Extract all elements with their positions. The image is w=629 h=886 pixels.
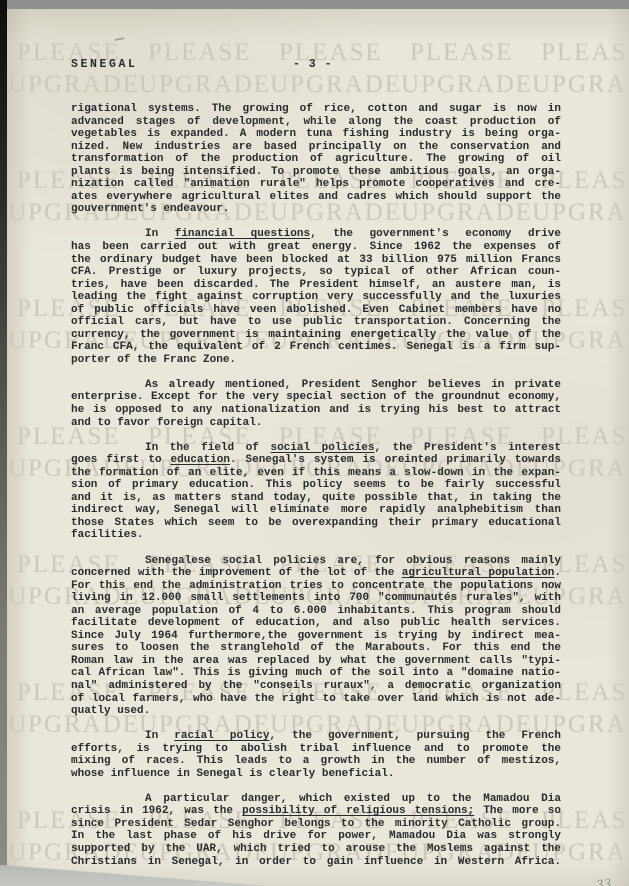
text-line: A particular danger, which existed up to…	[71, 793, 561, 806]
page-number: - 3 -	[293, 58, 333, 71]
underlined-phrase: agricultural population	[402, 567, 555, 579]
text-line: vegetables is expanded. A modern tuna fi…	[71, 128, 561, 141]
watermark-text: UPGRADE	[401, 72, 533, 97]
text-line: currency, the government is maintaining …	[71, 329, 561, 342]
text-line: whose influence in Senegal is clearly be…	[71, 768, 561, 781]
text-line: the ordinary budget have been blocked at…	[71, 254, 561, 267]
text-line: since President Sedar Senghor belongs to…	[71, 818, 561, 831]
text-line: gouvernment's endeavour.	[71, 203, 561, 216]
text-line: rigational systems. The growing of rice,…	[71, 103, 561, 116]
paragraph: Senegalese social policies are, for obvi…	[71, 555, 561, 718]
text-line: crisis in 1962, was the possibility of r…	[71, 805, 561, 818]
text-line: quatly used.	[71, 705, 561, 718]
watermark-text: UPGRADE	[8, 72, 140, 97]
handwritten-note: 33.	[595, 876, 615, 886]
text-line: he is opposed to any nationalization and…	[71, 404, 561, 417]
text-line: ates everywhere agricultural elites and …	[71, 191, 561, 204]
text-line: Roman law in the area was replaced by wh…	[71, 655, 561, 668]
text-line: the formation of an elite, even if this …	[71, 467, 561, 480]
text-line: nization called "animation rurale" helps…	[71, 178, 561, 191]
text-line: living in 12.000 small settlements into …	[71, 592, 561, 605]
text-line: enterprise. Except for the very special …	[71, 391, 561, 404]
text-line: Christians in Senegal, in order to gain …	[71, 856, 561, 869]
scan-edge-left	[0, 0, 7, 886]
text-line: In the field of social policies, the Pre…	[71, 442, 561, 455]
text-line: those States which seem to be overexpand…	[71, 517, 561, 530]
text-line: As already mentioned, President Senghor …	[71, 379, 561, 392]
watermark-text: PLEASE	[410, 40, 514, 65]
document-page: PLEASEUPGRADEPLEASEUPGRADEPLEASEUPGRADEP…	[5, 9, 629, 886]
text-line: facilitate development of education, and…	[71, 617, 561, 630]
underlined-phrase: possibility of religious tensions;	[242, 805, 474, 817]
text-line: tries, have been discarded. The Presiden…	[71, 279, 561, 292]
document-body: rigational systems. The growing of rice,…	[71, 103, 561, 881]
text-line: Since July 1964 furthermore,the governme…	[71, 630, 561, 643]
text-line: cal African law". This is giving much of…	[71, 667, 561, 680]
text-line: and to favor foreign capital.	[71, 417, 561, 430]
text-line: supported by the UAR, which tried to aro…	[71, 843, 561, 856]
text-line: has been carried out with great energy. …	[71, 241, 561, 254]
pencil-stray-mark	[115, 37, 126, 44]
text-line: transformation of the production of agri…	[71, 153, 561, 166]
paragraph: rigational systems. The growing of rice,…	[71, 103, 561, 216]
watermark-text: PLEASE	[541, 40, 629, 65]
underlined-phrase: racial policy	[174, 730, 269, 742]
page-title: SENEGAL	[71, 58, 138, 71]
underlined-phrase: social policies	[270, 442, 374, 454]
paragraph: As already mentioned, President Senghor …	[71, 379, 561, 429]
scan-background: PLEASEUPGRADEPLEASEUPGRADEPLEASEUPGRADEP…	[0, 0, 629, 886]
text-line: sion of primary education. This policy s…	[71, 479, 561, 492]
text-line: Franc CFA, the equivalent of 2 French ce…	[71, 341, 561, 354]
text-line: CFA. Prestige or luxury projects, so typ…	[71, 266, 561, 279]
text-line: concerned with the improvement of the lo…	[71, 567, 561, 580]
text-line: In racial policy, the government, pursui…	[71, 730, 561, 743]
paragraph: A particular danger, which existed up to…	[71, 793, 561, 868]
watermark-text: UPGRADE	[532, 72, 629, 97]
text-line: leading the fight against corruption ver…	[71, 291, 561, 304]
text-line: facilities.	[71, 529, 561, 542]
watermark-text: UPGRADE	[139, 72, 271, 97]
text-line: mixing of races. This leads to a growth …	[71, 755, 561, 768]
text-line: plants is being intensified. To promote …	[71, 166, 561, 179]
underlined-phrase: financial questions	[175, 228, 310, 240]
text-line: advanced stages of development, while al…	[71, 116, 561, 129]
text-line: For this end the administration tries to…	[71, 580, 561, 593]
text-line: of local farmers, who have the right to …	[71, 693, 561, 706]
paragraph: In financial questions, the government's…	[71, 228, 561, 366]
text-line: nal" administered by the "conseils rurau…	[71, 680, 561, 693]
text-line: official cars, but have to use public tr…	[71, 316, 561, 329]
text-line: In financial questions, the government's…	[71, 228, 561, 241]
paragraph: In the field of social policies, the Pre…	[71, 442, 561, 542]
underlined-phrase: education	[171, 454, 230, 466]
text-line: sures to loosen the stranglehold of the …	[71, 642, 561, 655]
text-line: efforts, is trying to abolish tribal inf…	[71, 743, 561, 756]
text-line: of public officials have veen abolished.…	[71, 304, 561, 317]
text-line: indirect way, Senegal will eliminate mor…	[71, 504, 561, 517]
text-line: nized. New industries are based principa…	[71, 141, 561, 154]
text-line: Senegalese social policies are, for obvi…	[71, 555, 561, 568]
text-line: and it is, as matters stand today, quite…	[71, 492, 561, 505]
text-line: In the last phase of his drive for power…	[71, 830, 561, 843]
text-line: an average population of 4 to 6.000 inha…	[71, 605, 561, 618]
text-line: porter of the Franc Zone.	[71, 354, 561, 367]
text-line: goes first to education. Senegal's syste…	[71, 454, 561, 467]
watermark-text: UPGRADE	[270, 72, 402, 97]
watermark-text: PLEASE	[148, 40, 252, 65]
paragraph: In racial policy, the government, pursui…	[71, 730, 561, 780]
